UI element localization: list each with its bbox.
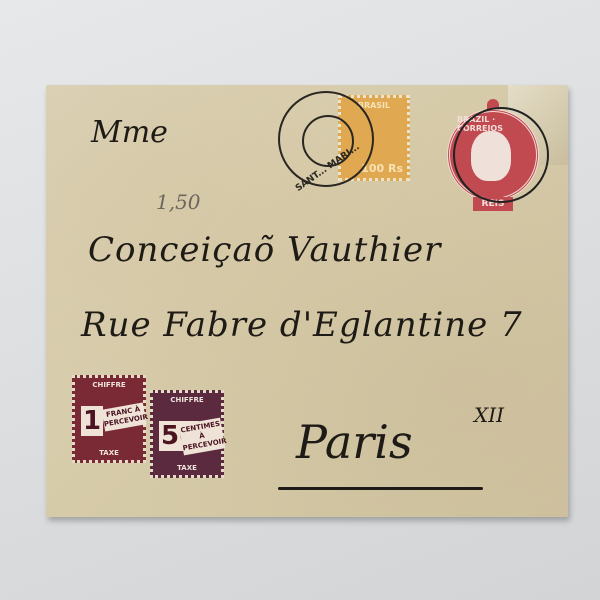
pencil-note: 1,50 <box>156 190 201 214</box>
postage-due-stamp-50-centimes: CHIFFRE 50 CENTIMES À PERCEVOIR TAXE <box>150 390 224 478</box>
arrondissement: XII <box>474 403 504 427</box>
indicium-cancel <box>453 107 549 203</box>
stamp-value: 1 <box>81 406 103 436</box>
stamp-label: FRANC À PERCEVOIR <box>101 403 146 432</box>
salutation: Mme <box>91 115 168 150</box>
stamp-value: 100 Rs <box>361 162 403 175</box>
city-underline <box>278 487 483 490</box>
stamp-footer: TAXE <box>75 449 143 457</box>
recipient-name: Conceiçaõ Vauthier <box>88 230 441 270</box>
city: Paris <box>296 415 413 469</box>
postmark: SANT... MARI... <box>278 91 374 187</box>
stamp-header: CHIFFRE <box>153 396 221 404</box>
stamp-header: CHIFFRE <box>75 381 143 389</box>
envelope: Mme 1,50 Conceiçaõ Vauthier Rue Fabre d'… <box>46 85 568 517</box>
street-address: Rue Fabre d'Eglantine 7 <box>81 305 523 345</box>
printed-indicium: BRAZIL · CORREIOS REIS <box>443 97 543 221</box>
stamp-label: CENTIMES À PERCEVOIR <box>179 418 226 456</box>
stamp-footer: TAXE <box>153 464 221 472</box>
postage-due-stamp-1-franc: CHIFFRE 1 FRANC À PERCEVOIR TAXE <box>72 375 146 463</box>
